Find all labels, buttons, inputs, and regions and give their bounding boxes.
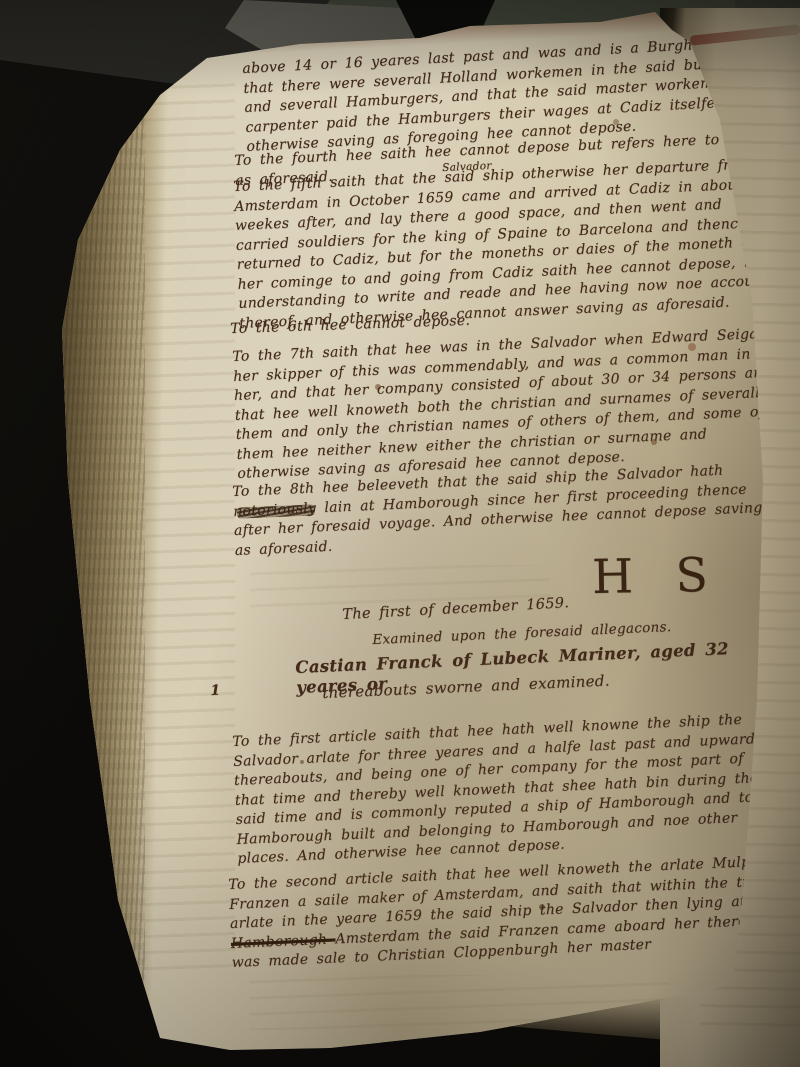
deposition-answer-article2: To the second article saith that hee wel… — [228, 852, 784, 973]
deposition-paragraph-7th: To the 7th saith that hee was in the Sal… — [232, 324, 785, 484]
showthrough-left — [140, 80, 235, 980]
deposition-paragraph-5th: To the fifth saith that the said ship ot… — [233, 154, 787, 334]
deposition-answer-article1: To the first article saith that hee hath… — [232, 709, 785, 869]
notary-monogram: H S — [592, 566, 720, 588]
struck-word-hamborough: Hamborough — [231, 931, 336, 952]
margin-mark: 1 — [210, 682, 221, 702]
